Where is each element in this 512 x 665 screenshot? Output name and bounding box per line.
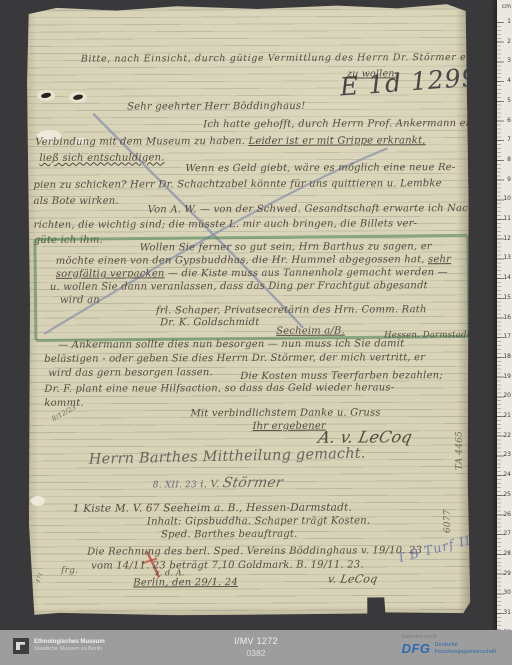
- directive-line: Bitte, nach Einsicht, durch gütige Vermi…: [81, 52, 511, 65]
- signature-lecoq: A. v. LeCoq: [317, 427, 414, 446]
- funder-name-line: Forschungsgemeinschaft: [435, 649, 496, 655]
- clip-mark: [69, 92, 87, 103]
- ruler-label: 11: [503, 215, 511, 222]
- ruler-label: 8: [507, 156, 511, 163]
- ruler-label: 14: [503, 274, 511, 281]
- boxed-line: u. wollen Sie dann veranlassen, dass das…: [50, 280, 428, 293]
- vertical-reference: 6077: [443, 509, 453, 533]
- note-date: 8. XII. 23: [153, 480, 197, 490]
- pencil-initials: frg.: [61, 566, 78, 576]
- ruler-label: 3: [507, 57, 511, 64]
- ruler-label: 27: [503, 530, 511, 537]
- underlined-text: sehr: [428, 254, 451, 265]
- ruler-label: 19: [503, 373, 511, 380]
- zda-note: z. d. A.: [155, 568, 184, 577]
- text-run: möchte einen von den Gypsbuddhas, die Hr…: [56, 254, 428, 267]
- note-iv: i. V.: [200, 479, 219, 490]
- paragraph-line: Von A. W. — von der Schwed. Gesandtschaf…: [148, 203, 479, 215]
- ruler-label: 4: [507, 77, 511, 84]
- office-note-dateline: 8. XII. 23 i. V. Störmer: [153, 475, 283, 492]
- paragraph-line: pien zu schicken? Herr Dr. Schachtzabel …: [33, 178, 441, 191]
- signature-lecoq-small: v. LeCoq: [327, 572, 379, 585]
- ruler-label: 1: [507, 18, 511, 25]
- boxed-line: Wollen Sie ferner so gut sein, Hrn Barth…: [140, 241, 432, 253]
- ruler-label: 29: [503, 570, 511, 577]
- ruler-label: 2: [507, 38, 511, 45]
- paragraph-line: Die Kosten muss Teerfarben bezahlen;: [240, 370, 443, 382]
- recipient-line: frl. Schaper, Privatsecretärin des Hrn. …: [156, 304, 427, 316]
- ruler-label: 15: [503, 294, 511, 301]
- ruler-label: 21: [503, 412, 511, 419]
- ruler-label: 25: [503, 491, 511, 498]
- recipient-line: Dr. K. Goldschmidt: [160, 317, 259, 328]
- ruler-label: cm: [502, 3, 511, 10]
- vertical-reference: TA 4465: [455, 431, 465, 470]
- signature-stoermer: Störmer: [222, 475, 285, 491]
- ruler-label: 6: [507, 117, 511, 124]
- ruler-label: 26: [503, 511, 511, 518]
- text-run: — die Kiste muss aus Tannenholz gemacht …: [165, 267, 448, 279]
- office-note: Herrn Barthes Mittheilung gemacht.: [89, 446, 366, 468]
- paragraph-line: richten, die wichtig sind; die müsste L.…: [34, 218, 418, 231]
- archive-footer-bar: Ethnologisches Museum Staatliche Museen …: [0, 630, 512, 665]
- boxed-line: möchte einen von den Gypsbuddhas, die Hr…: [56, 254, 451, 267]
- text-run: Verbindung mit dem Museum zu haben.: [35, 136, 248, 148]
- ruler-label: 16: [503, 314, 511, 321]
- shipping-note-line: 1 Kiste M. V. 67 Seeheim a. B., Hessen-D…: [73, 502, 352, 515]
- ruler-label: 22: [503, 432, 511, 439]
- paragraph-line: ließ sich entschuldigen.: [39, 152, 164, 164]
- ruler-label: 12: [503, 235, 511, 242]
- funded-by-label: Gefördert durch: [402, 634, 496, 640]
- invoice-note-line: vom 14/11. 23 beträgt 7,10 Goldmark. B. …: [91, 559, 364, 571]
- dfg-logo: DFG: [402, 641, 431, 656]
- ruler-label: 9: [507, 176, 511, 183]
- ruler-label: 17: [503, 333, 511, 340]
- paragraph-line: als Bote wirken.: [34, 196, 119, 207]
- ruler-label: 24: [503, 471, 511, 478]
- paper-damage-spot: [31, 496, 45, 506]
- ruler-label: 7: [507, 136, 511, 143]
- ruler-label: 23: [503, 451, 511, 458]
- closing-line: Mit verbindlichstem Danke u. Gruss: [190, 407, 380, 419]
- blue-reference: I B Turf II: [397, 532, 472, 565]
- paragraph-line: — Ankermann sollte dies nun besorgen — n…: [58, 338, 404, 351]
- ruler-label: 20: [503, 392, 511, 399]
- paragraph-line: Verbindung mit dem Museum zu haben. Leid…: [35, 135, 425, 148]
- letter-sheet: Bitte, nach Einsicht, durch gütige Vermi…: [27, 2, 471, 617]
- boxed-line: wird an: [60, 295, 100, 306]
- shipping-note-line: Sped. Barthes beauftragt.: [161, 529, 298, 541]
- boxed-line: sorgfältig verpacken — die Kiste muss au…: [56, 267, 448, 280]
- ruler-label: 18: [503, 353, 511, 360]
- berlin-dateline: Berlin, den 29/1. 24: [133, 577, 238, 588]
- ruler-label: 5: [507, 97, 511, 104]
- paragraph-line: belästigen - oder geben Sie dies Herrn D…: [44, 352, 425, 365]
- shipping-note-line: Inhalt: Gipsbuddha. Schaper trägt Kosten…: [147, 515, 370, 527]
- ruler-label: 31: [503, 609, 511, 616]
- ruler-label: 28: [503, 550, 511, 557]
- scan-viewport: Bitte, nach Einsicht, durch gütige Vermi…: [0, 0, 512, 665]
- paragraph-line: Ich hatte gehofft, durch Herrn Prof. Ank…: [203, 118, 482, 130]
- invoice-note-line: Die Rechnung des berl. Sped. Vereins Böd…: [87, 545, 422, 557]
- paragraph-line: Wenn es Geld giebt, wäre es möglich eine…: [185, 162, 455, 174]
- paragraph-line: Dr. F. plant eine neue Hilfsaction, so d…: [44, 382, 394, 395]
- salutation: Sehr geehrter Herr Böddinghaus!: [127, 101, 305, 113]
- cm-ruler: cm12345678910111213141516171819202122232…: [497, 0, 512, 631]
- place-line: Secheim a/B.: [276, 326, 345, 337]
- ruler-label: 10: [503, 195, 511, 202]
- ruler-label: 13: [503, 254, 511, 261]
- ruler-label: 30: [503, 589, 511, 596]
- valediction: Ihr ergebener: [252, 421, 325, 432]
- paragraph-line: wird das gern besorgen lassen.: [48, 367, 213, 379]
- pencil-number: 471: [35, 571, 44, 583]
- underlined-text: sorgfältig verpacken: [56, 268, 165, 279]
- funder-credit: Gefördert durch DFG Deutsche Forschungsg…: [402, 634, 496, 656]
- registry-number: E 1d 1299/23.: [339, 58, 512, 101]
- clip-mark: [37, 90, 55, 101]
- underlined-text: Leider ist er mit Grippe erkrankt,: [248, 135, 425, 147]
